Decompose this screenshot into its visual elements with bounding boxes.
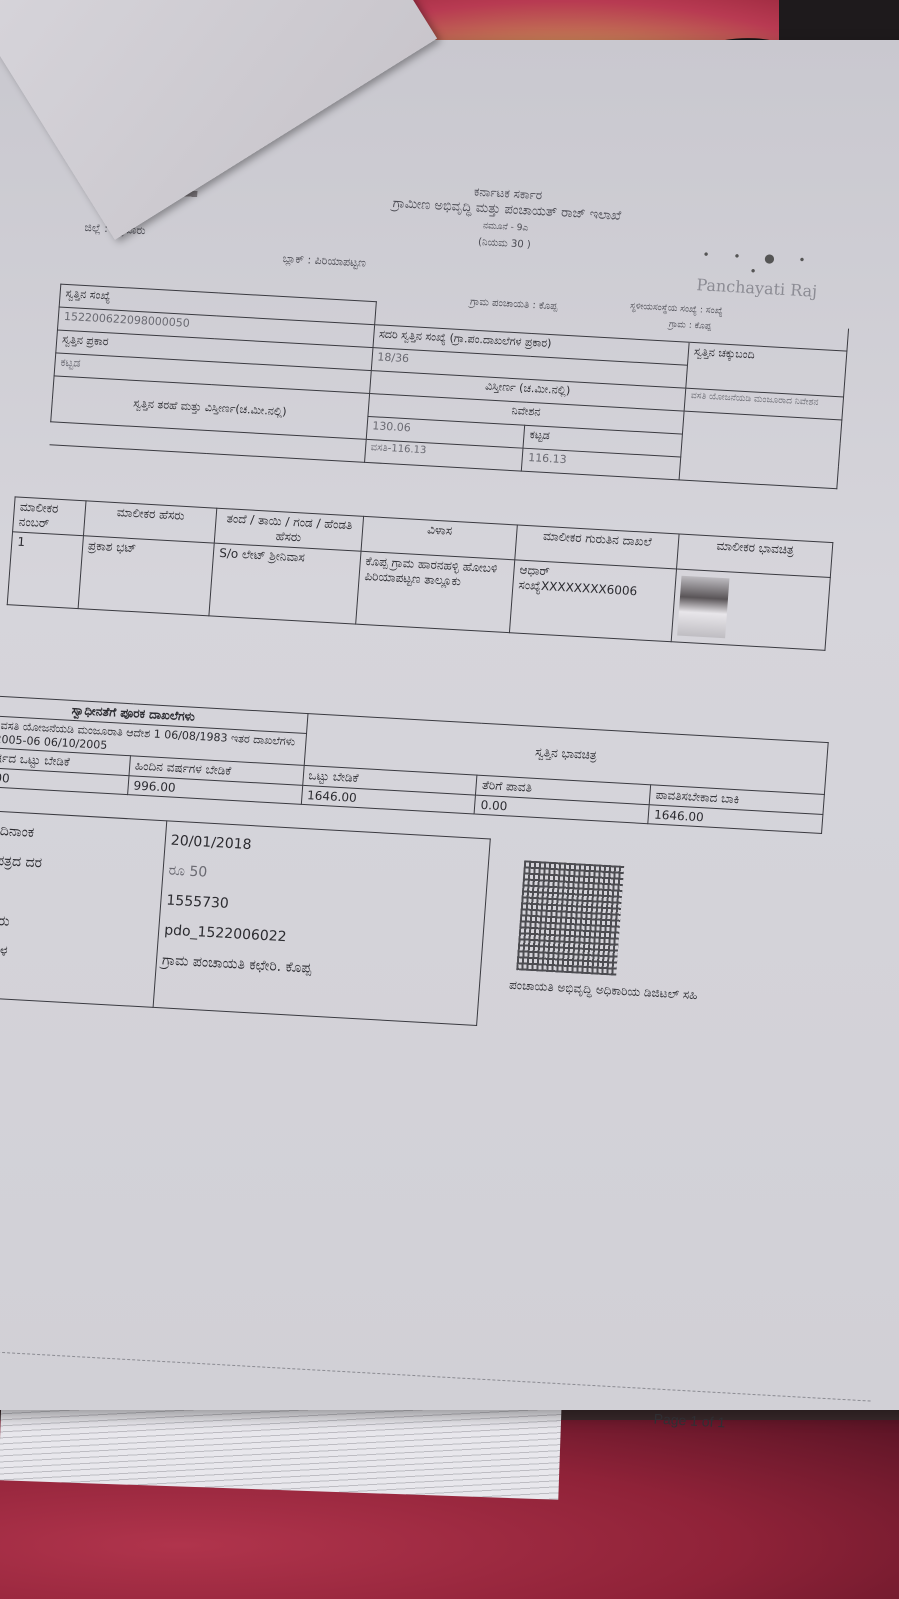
form-9a-paper: ಕರ್ನಾಟಕ ಸರ್ಕಾರ ಗ್ರಾಮೀಣ ಅಭಿವೃದ್ಧಿ ಮತ್ತು ಪ… <box>0 40 899 1410</box>
qr-code-icon[interactable] <box>516 860 624 975</box>
owners-table: ಮಾಲೀಕರ ನಂಬರ್ ಮಾಲೀಕರ ಹೆಸರು ತಂದೆ / ತಾಯಿ / … <box>7 496 834 650</box>
owner-relation: S/o ಲೇಟ್ ಶ್ರೀನಿವಾಸ <box>209 543 361 624</box>
owner-photo-cell <box>671 569 830 650</box>
owner-name: ಪ್ರಕಾಶ ಭಟ್ <box>78 536 215 616</box>
local-body-number: ಸ್ಥಳೀಯಸಂಸ್ಥೆಯ ಸಂಖ್ಯೆ : ಸಂಖ್ಯೆ <box>630 301 723 316</box>
owner-photo <box>677 576 729 639</box>
panchayati-raj-logo: • • ● • • Panchayati Raj <box>691 247 824 301</box>
property-table: ಸ್ವತ್ತಿನ ಸಂಖ್ಯೆ 152200622098000050 ಸದರಿ … <box>49 284 850 490</box>
issue-labels: ವಿತರಿಸಿದ ದಿನಾಂಕ ಪ್ರಮಾಣ ಪತ್ರದ ದರ ರಶೀತಿ ನಂ… <box>0 809 167 1008</box>
owner-address: ಕೊಪ್ಪ ಗ್ರಾಮ ಹಾರನಹಳ್ಳಿ ಹೋಬಳಿ ಪಿರಿಯಾಪಟ್ಟಣ … <box>356 551 515 632</box>
footer-divider <box>0 1347 871 1402</box>
block: ಬ್ಲಾಕ್ : ಪಿರಿಯಾಪಟ್ಟಣ <box>282 252 366 271</box>
signature-block: ಪಂಚಾಯತಿ ಅಭಿವೃದ್ಧಿ ಅಧಿಕಾರಿಯ ಡಿಜಿಟಲ್ ಸಹಿ <box>485 849 815 1010</box>
issue-values: 20/01/2018 ರೂ 50 1555730 pdo_1522006022 … <box>153 821 490 1026</box>
documents-and-tax-table: ಸ್ವಾಧೀನತೆಗೆ ಪೂರಕ ದಾಖಲೆಗಳು ಸ್ವತ್ತಿನ ಭಾವಚಿ… <box>0 694 829 834</box>
issue-details-table: ವಿತರಿಸಿದ ದಿನಾಂಕ ಪ್ರಮಾಣ ಪತ್ರದ ದರ ರಶೀತಿ ನಂ… <box>0 808 491 1026</box>
owner-id: ಆಧಾರ್ ಸಂಖ್ಯೆXXXXXXXX6006 <box>509 560 676 642</box>
owner-number-header: ಮಾಲೀಕರ ನಂಬರ್ <box>13 497 86 536</box>
owner-number: 1 <box>7 532 83 609</box>
digital-signature-label: ಪಂಚಾಯತಿ ಅಭಿವೃದ್ಧಿ ಅಧಿಕಾರಿಯ ಡಿಜಿಟಲ್ ಸಹಿ <box>485 976 806 1009</box>
